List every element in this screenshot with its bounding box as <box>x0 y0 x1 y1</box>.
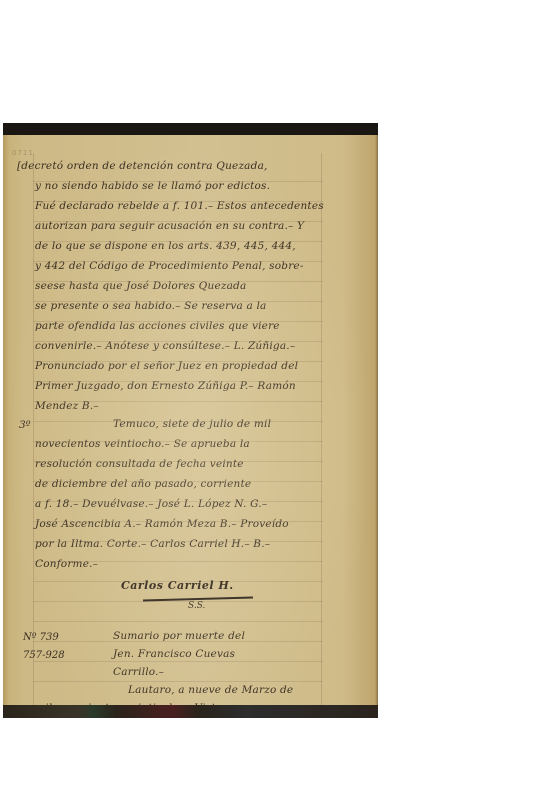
text-line: resolución consultada de fecha veinte <box>35 457 325 471</box>
text-line: a f. 18.– Devuélvase.– José L. López N. … <box>35 497 325 511</box>
text-line: seese hasta que José Dolores Quezada <box>35 279 325 293</box>
case-number: Nº 739 <box>23 631 59 645</box>
case-reference: 757-928 <box>23 649 65 663</box>
text-line: Lautaro, a nueve de Marzo de <box>128 683 378 697</box>
entry-title-line: Sumario por muerte del <box>113 629 378 643</box>
text-line: y 442 del Código de Procedimiento Penal,… <box>35 259 325 273</box>
text-line: Primer Juzgado, don Ernesto Zúñiga P.– R… <box>35 379 325 393</box>
folio-number: 0711 <box>12 149 34 157</box>
entry-title-line: Jen. Francisco Cuevas <box>113 647 378 661</box>
text-line: Mendez B.– <box>35 399 325 413</box>
ruled-line <box>33 601 323 602</box>
photo-bottom-edge <box>3 705 378 718</box>
text-line: Conforme.– <box>35 557 325 571</box>
text-line: de diciembre del año pasado, corriente <box>35 477 325 491</box>
text-line: por la Iltma. Corte.– Carlos Carriel H.–… <box>35 537 325 551</box>
text-line: Pronunciado por el señor Juez en propied… <box>35 359 325 373</box>
text-line: autorizan para seguir acusación en su co… <box>35 219 325 233</box>
ledger-page: 0711 [decretó orden de detención contra … <box>3 135 378 706</box>
text-line: novecientos veintiocho.– Se aprueba la <box>35 437 325 451</box>
left-margin-line <box>33 153 34 706</box>
signature: Carlos Carriel H. <box>121 579 234 592</box>
text-line: se presente o sea habido.– Se reserva a … <box>35 299 325 313</box>
ruled-line <box>33 681 323 682</box>
document-photo: 0711 [decretó orden de detención contra … <box>3 123 378 718</box>
entry-number: 3º <box>19 419 31 431</box>
ruled-line <box>33 661 323 662</box>
text-line: [decretó orden de detención contra Queza… <box>17 159 307 173</box>
ruled-line <box>33 621 323 622</box>
text-line: José Ascencibia A.– Ramón Meza B.– Prove… <box>35 517 325 531</box>
signature-subscript: S.S. <box>188 601 205 611</box>
text-line: Fué declarado rebelde a f. 101.– Estos a… <box>35 199 325 213</box>
entry-title-line: Carrillo.– <box>113 665 378 679</box>
text-line: convenirle.– Anótese y consúltese.– L. Z… <box>35 339 325 353</box>
text-line: y no siendo habido se le llamó por edict… <box>35 179 325 193</box>
text-line: Temuco, siete de julio de mil <box>113 417 378 431</box>
text-line: parte ofendida las acciones civiles que … <box>35 319 325 333</box>
text-line: de lo que se dispone en los arts. 439, 4… <box>35 239 325 253</box>
